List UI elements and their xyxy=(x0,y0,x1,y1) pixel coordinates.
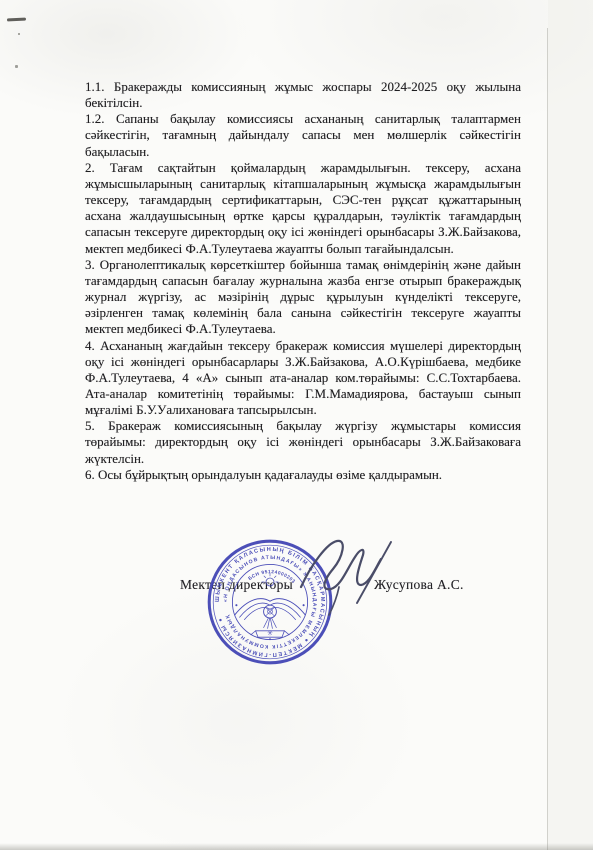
text-line: 5. Бракераж комиссиясының бақылау жүргіз… xyxy=(85,418,521,434)
scan-mark-dot xyxy=(15,65,18,68)
handwritten-signature xyxy=(293,533,423,623)
text-line: төрайымы: директордың оқу ісі жөніндегі … xyxy=(85,434,521,450)
text-line: мектеп медбикесі Ф.А.Тулеутаева жауапты … xyxy=(85,241,521,257)
text-line: сапасын тексеруге директордың оқу ісі жө… xyxy=(85,224,521,240)
document-lines: 1.1. Бракеражды комиссияның жұмыс жоспар… xyxy=(85,79,521,483)
scan-mark-dash xyxy=(7,18,26,22)
text-line: оқу ісі жөніндегі орынбасарлары З.Ж.Байз… xyxy=(85,354,521,370)
text-line: 3. Органолептикалық көрсеткіштер бойынша… xyxy=(85,257,521,273)
text-line: 1.1. Бракеражды комиссияның жұмыс жоспар… xyxy=(85,79,521,95)
text-line: сәйкестігін, тағамның дайындалу сапасы м… xyxy=(85,127,521,143)
text-line: Ата-аналар комитетінің төрайымы: Г.М.Мам… xyxy=(85,386,521,402)
text-line: асхана жалдаушысының өртке қарсы құралда… xyxy=(85,208,521,224)
scan-mark-dot xyxy=(18,33,20,35)
stamp-asterisk: ✳ xyxy=(267,629,273,638)
text-line: жұмысшыларының санитарлық кітапшаларының… xyxy=(85,176,521,192)
text-line: 2. Тағам сақтайтын қоймалардың жарамдылы… xyxy=(85,160,521,176)
document-page: 1.1. Бракеражды комиссияның жұмыс жоспар… xyxy=(0,0,593,850)
text-line: 6. Осы бұйрықтың орындалуын қадағалауды … xyxy=(85,467,521,483)
text-line: 4. Асхананың жағдайын тексеру бракераж к… xyxy=(85,338,521,354)
text-line: Ф.А.Тулеутаева, 4 «А» сынып ата-аналар к… xyxy=(85,370,521,386)
text-line: тексеру, тағамдардың сертификаттарын, СЭ… xyxy=(85,192,521,208)
text-line: 1.2. Сапаны бақылау комиссиясы асхананың… xyxy=(85,111,521,127)
scan-edge-shade xyxy=(548,0,593,850)
text-line: жүктелсін. xyxy=(85,451,521,467)
text-line: әзірленген тамақ көлемінің бала санына с… xyxy=(85,305,521,321)
scan-edge-bottom xyxy=(0,843,593,850)
text-line: тағамдардың сапасын бағалау журналына жа… xyxy=(85,273,521,289)
text-line: бекітілсін. xyxy=(85,95,521,111)
text-line: мектеп медбикесі Ф.А.Тулеутаева. xyxy=(85,321,521,337)
text-line: бақыласын. xyxy=(85,144,521,160)
text-line: мұғалімі Б.У.Уалихановаға тапсырылсын. xyxy=(85,402,521,418)
text-line: журнал жүргізу, ас мәзірінің дұрыс құрыл… xyxy=(85,289,521,305)
scan-edge-line xyxy=(547,28,548,850)
